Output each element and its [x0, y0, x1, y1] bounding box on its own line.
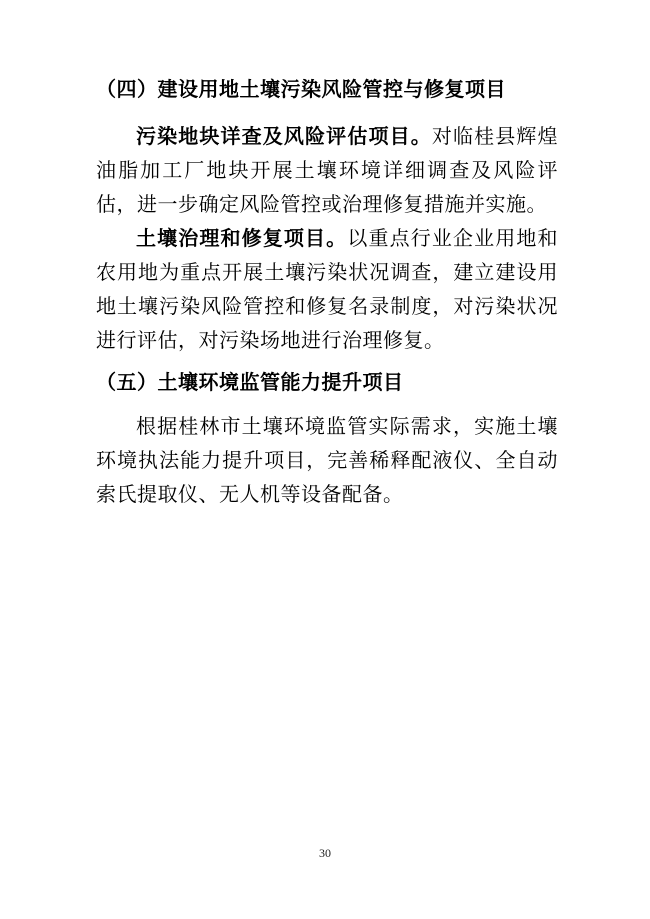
section-4-heading: （四）建设用地土壤污染风险管控与修复项目 — [96, 77, 558, 103]
section-4: （四）建设用地土壤污染风险管控与修复项目 污染地块详查及风险评估项目。对临桂县辉… — [96, 77, 558, 358]
section-5-heading: （五）土壤环境监管能力提升项目 — [96, 370, 558, 396]
section-5: （五）土壤环境监管能力提升项目 根据桂林市土壤环境监管实际需求，实施土壤环境执法… — [96, 370, 558, 512]
page-number: 30 — [319, 846, 331, 860]
document-page: （四）建设用地土壤污染风险管控与修复项目 污染地块详查及风险评估项目。对临桂县辉… — [0, 0, 650, 919]
paragraph: 污染地块详查及风险评估项目。对临桂县辉煌油脂加工厂地块开展土壤环境详细调查及风险… — [96, 120, 558, 222]
paragraph-lead: 土壤治理和修复项目。 — [136, 228, 347, 250]
paragraph: 根据桂林市土壤环境监管实际需求，实施土壤环境执法能力提升项目，完善稀释配液仪、全… — [96, 410, 558, 512]
paragraph: 土壤治理和修复项目。以重点行业企业用地和农用地为重点开展土壤污染状况调查，建立建… — [96, 222, 558, 358]
paragraph-lead: 污染地块详查及风险评估项目。 — [136, 126, 432, 148]
page-content: （四）建设用地土壤污染风险管控与修复项目 污染地块详查及风险评估项目。对临桂县辉… — [96, 77, 558, 512]
page-footer: 30 — [0, 844, 650, 862]
paragraph-text: 根据桂林市土壤环境监管实际需求，实施土壤环境执法能力提升项目，完善稀释配液仪、全… — [96, 416, 558, 506]
